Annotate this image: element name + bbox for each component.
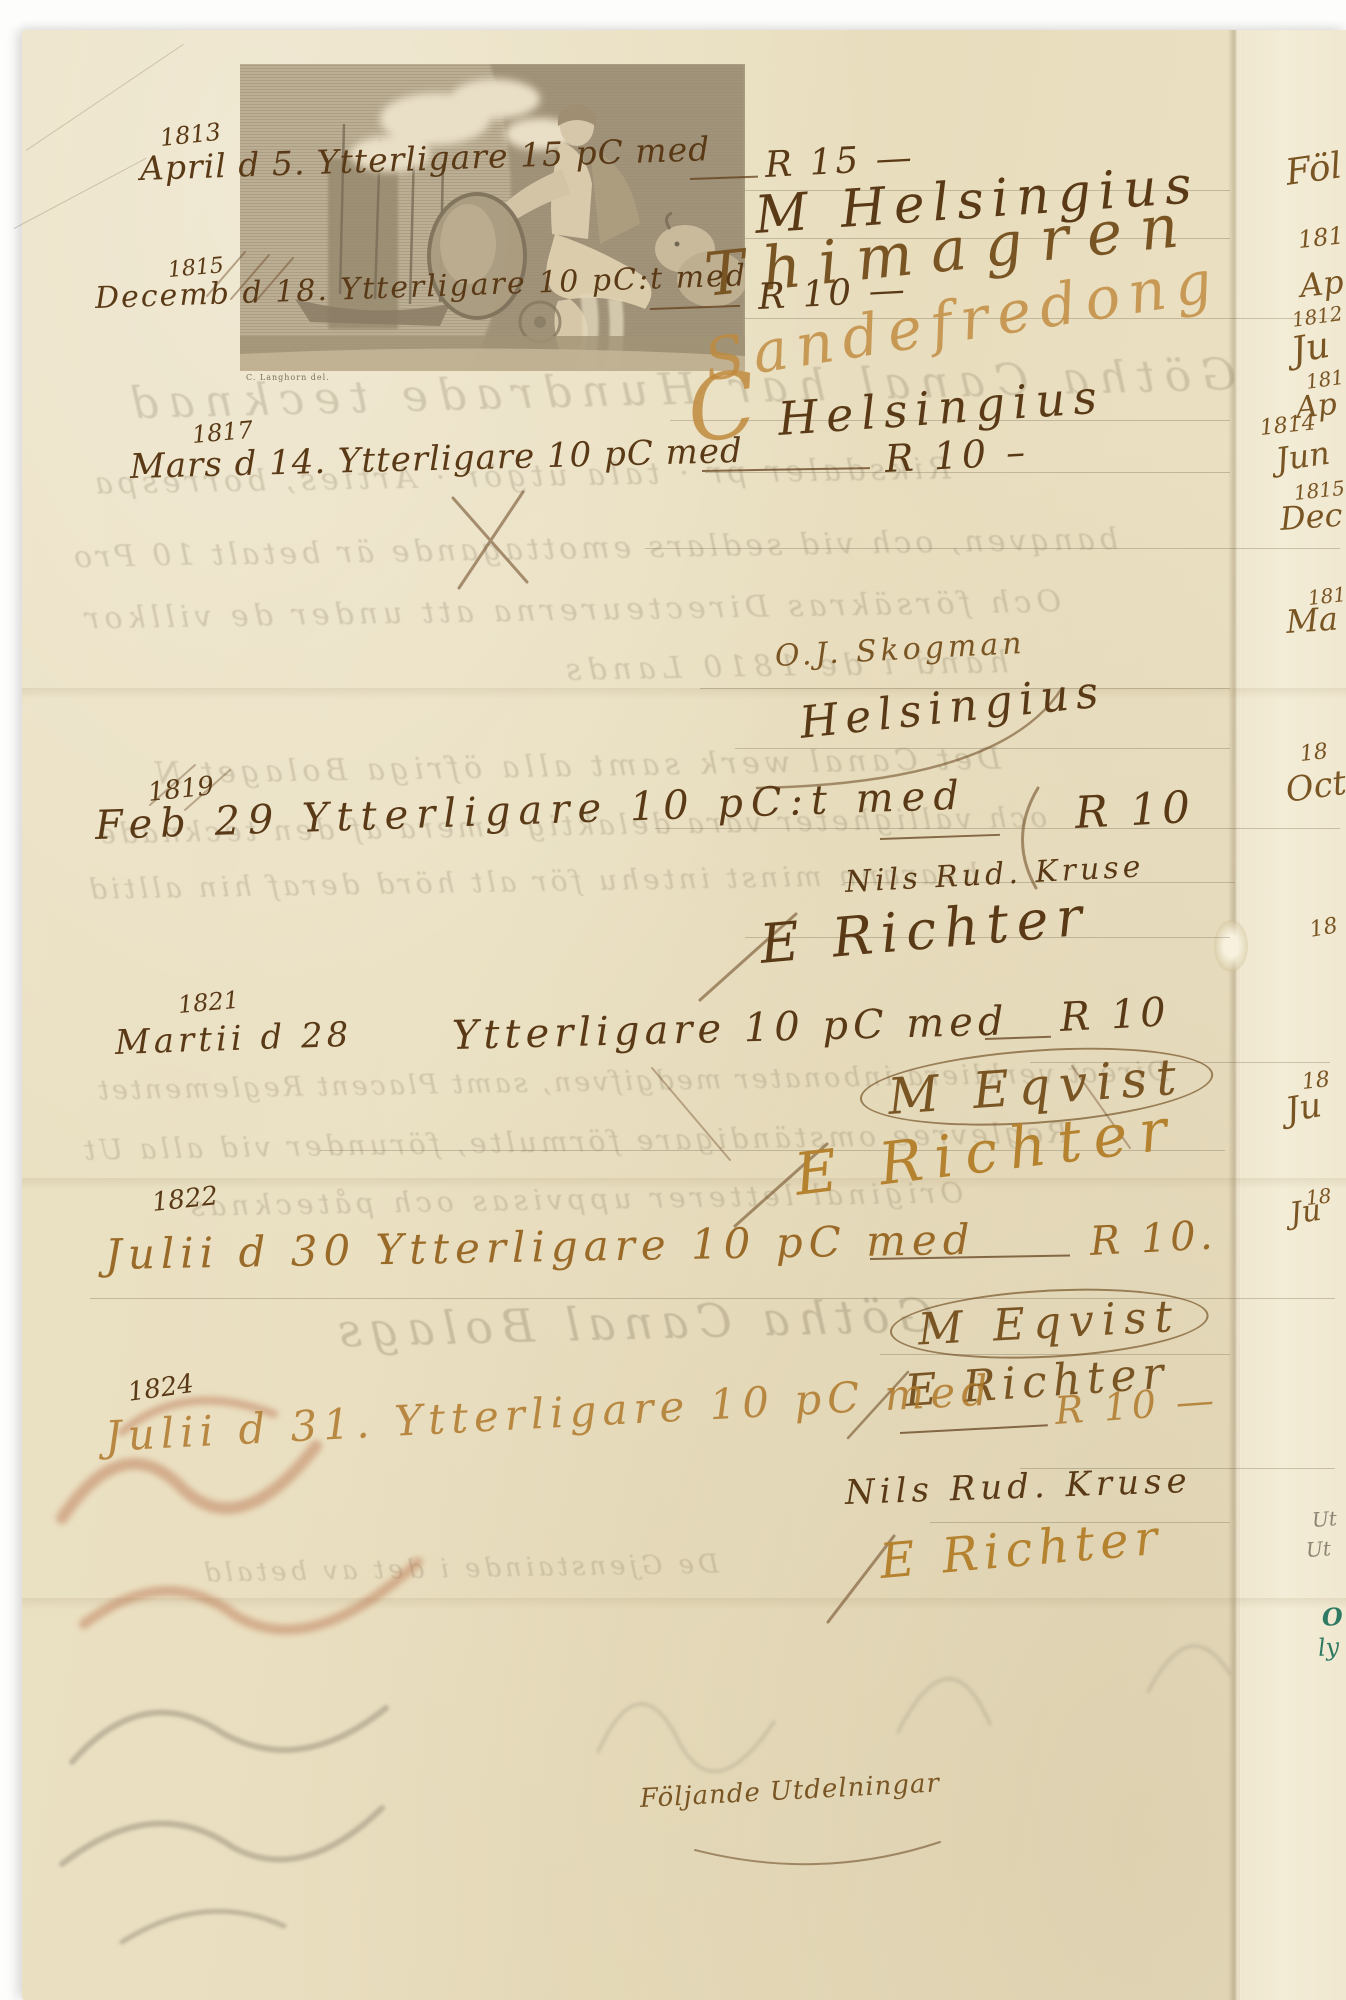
margin-item: Dec xyxy=(1279,499,1344,535)
margin-item: Ju xyxy=(1283,1088,1324,1128)
horizontal-crease xyxy=(22,1598,1346,1614)
page-fold xyxy=(1228,30,1242,2000)
entry-1817-amount: R 10 – xyxy=(884,432,1030,477)
green-ink-note: ly xyxy=(1317,1635,1340,1660)
entry-1813-year: 1813 xyxy=(159,120,222,150)
margin-item: Ap xyxy=(1298,266,1345,302)
document-photo: C. Langhorn del. Götha Canal har Hundrad… xyxy=(0,0,1346,2000)
margin-item: Ju xyxy=(1288,1196,1323,1230)
margin-item: 1811 xyxy=(1297,222,1346,252)
margin-item: Oct xyxy=(1284,766,1346,808)
green-ink-note: O xyxy=(1321,1605,1344,1630)
entry-1824-amount: R 10 — xyxy=(1054,1381,1219,1430)
margin-item: 18 xyxy=(1299,741,1329,766)
entry-1821-year: 1821 xyxy=(177,988,240,1017)
pencil-note: Ut xyxy=(1305,1538,1331,1560)
margin-item: Jun xyxy=(1274,437,1332,476)
margin-item: Föl xyxy=(1283,148,1344,191)
paper-hole xyxy=(1214,920,1248,972)
entry-1819-amount: R 10 xyxy=(1074,786,1195,836)
entry-1821-date: Martii d 28 xyxy=(114,1018,352,1060)
entry-1817-year: 1817 xyxy=(191,418,254,447)
entry-1821-amount: R 10 xyxy=(1059,992,1171,1038)
entry-1822-year: 1822 xyxy=(151,1183,220,1216)
margin-item: 18 xyxy=(1308,915,1339,942)
engraving-vignette xyxy=(240,64,745,371)
entry-1822-amount: R 10. xyxy=(1089,1215,1217,1262)
margin-item: Ma xyxy=(1285,602,1339,638)
horizontal-crease xyxy=(22,688,1346,704)
margin-item: Ju xyxy=(1289,328,1332,370)
pencil-note: Ut xyxy=(1311,1508,1337,1530)
